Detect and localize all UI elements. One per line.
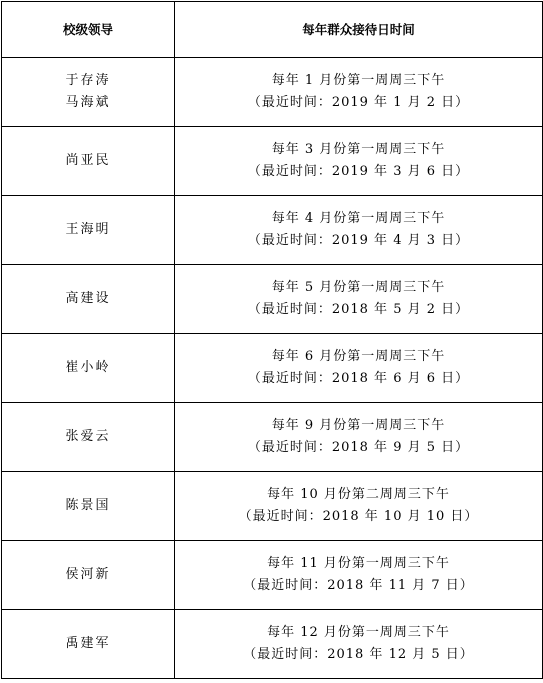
table-row: 高建设 每年 5 月份第一周周三下午 （最近时间：2018 年 5 月 2 日） (2, 265, 543, 334)
table-row: 崔小岭 每年 6 月份第一周周三下午 （最近时间：2018 年 6 月 6 日） (2, 334, 543, 403)
table-row: 禹建军 每年 12 月份第一周周三下午 （最近时间：2018 年 12 月 5 … (2, 610, 543, 679)
leader-name: 崔小岭 (2, 357, 174, 379)
header-reception-time: 每年群众接待日时间 (175, 2, 543, 58)
reception-schedule-table: 校级领导 每年群众接待日时间 于存涛 马海斌 每年 1 月份第一周周三下午 （最… (1, 1, 543, 679)
leader-name: 侯河新 (2, 564, 174, 586)
table-row: 陈景国 每年 10 月份第二周周三下午 （最近时间：2018 年 10 月 10… (2, 472, 543, 541)
leader-cell: 崔小岭 (2, 334, 175, 403)
leader-cell: 禹建军 (2, 610, 175, 679)
schedule-text: 每年 10 月份第二周周三下午 (175, 484, 542, 506)
leader-cell: 王海明 (2, 196, 175, 265)
schedule-cell: 每年 4 月份第一周周三下午 （最近时间：2019 年 4 月 3 日） (175, 196, 543, 265)
leader-cell: 陈景国 (2, 472, 175, 541)
table-header-row: 校级领导 每年群众接待日时间 (2, 2, 543, 58)
table-row: 侯河新 每年 11 月份第一周周三下午 （最近时间：2018 年 11 月 7 … (2, 541, 543, 610)
schedule-text: 每年 6 月份第一周周三下午 (175, 346, 542, 368)
table-row: 张爱云 每年 9 月份第一周周三下午 （最近时间：2018 年 9 月 5 日） (2, 403, 543, 472)
recent-date-text: （最近时间：2019 年 1 月 2 日） (175, 92, 542, 114)
schedule-cell: 每年 6 月份第一周周三下午 （最近时间：2018 年 6 月 6 日） (175, 334, 543, 403)
recent-date-text: （最近时间：2018 年 9 月 5 日） (175, 437, 542, 459)
schedule-cell: 每年 12 月份第一周周三下午 （最近时间：2018 年 12 月 5 日） (175, 610, 543, 679)
table-row: 尚亚民 每年 3 月份第一周周三下午 （最近时间：2019 年 3 月 6 日） (2, 127, 543, 196)
table-row: 于存涛 马海斌 每年 1 月份第一周周三下午 （最近时间：2019 年 1 月 … (2, 58, 543, 127)
schedule-text: 每年 5 月份第一周周三下午 (175, 277, 542, 299)
schedule-text: 每年 11 月份第一周周三下午 (175, 553, 542, 575)
recent-date-text: （最近时间：2019 年 4 月 3 日） (175, 230, 542, 252)
leader-name: 王海明 (2, 219, 174, 241)
schedule-text: 每年 9 月份第一周周三下午 (175, 415, 542, 437)
leader-cell: 于存涛 马海斌 (2, 58, 175, 127)
schedule-cell: 每年 11 月份第一周周三下午 （最近时间：2018 年 11 月 7 日） (175, 541, 543, 610)
leader-name: 陈景国 (2, 495, 174, 517)
schedule-cell: 每年 9 月份第一周周三下午 （最近时间：2018 年 9 月 5 日） (175, 403, 543, 472)
recent-date-text: （最近时间：2019 年 3 月 6 日） (175, 161, 542, 183)
recent-date-text: （最近时间：2018 年 11 月 7 日） (175, 575, 542, 597)
header-leader: 校级领导 (2, 2, 175, 58)
leader-name: 禹建军 (2, 633, 174, 655)
schedule-cell: 每年 3 月份第一周周三下午 （最近时间：2019 年 3 月 6 日） (175, 127, 543, 196)
schedule-text: 每年 3 月份第一周周三下午 (175, 139, 542, 161)
table-row: 王海明 每年 4 月份第一周周三下午 （最近时间：2019 年 4 月 3 日） (2, 196, 543, 265)
leader-name: 尚亚民 (2, 150, 174, 172)
recent-date-text: （最近时间：2018 年 5 月 2 日） (175, 299, 542, 321)
schedule-cell: 每年 1 月份第一周周三下午 （最近时间：2019 年 1 月 2 日） (175, 58, 543, 127)
leader-cell: 尚亚民 (2, 127, 175, 196)
leader-cell: 侯河新 (2, 541, 175, 610)
recent-date-text: （最近时间：2018 年 6 月 6 日） (175, 368, 542, 390)
leader-name: 高建设 (2, 288, 174, 310)
leader-name: 张爱云 (2, 426, 174, 448)
recent-date-text: （最近时间：2018 年 12 月 5 日） (175, 644, 542, 666)
schedule-text: 每年 4 月份第一周周三下午 (175, 208, 542, 230)
recent-date-text: （最近时间：2018 年 10 月 10 日） (175, 506, 542, 528)
leader-cell: 高建设 (2, 265, 175, 334)
schedule-cell: 每年 5 月份第一周周三下午 （最近时间：2018 年 5 月 2 日） (175, 265, 543, 334)
leader-cell: 张爱云 (2, 403, 175, 472)
leader-name: 马海斌 (2, 92, 174, 114)
leader-name: 于存涛 (2, 70, 174, 92)
schedule-text: 每年 1 月份第一周周三下午 (175, 70, 542, 92)
schedule-cell: 每年 10 月份第二周周三下午 （最近时间：2018 年 10 月 10 日） (175, 472, 543, 541)
schedule-text: 每年 12 月份第一周周三下午 (175, 622, 542, 644)
